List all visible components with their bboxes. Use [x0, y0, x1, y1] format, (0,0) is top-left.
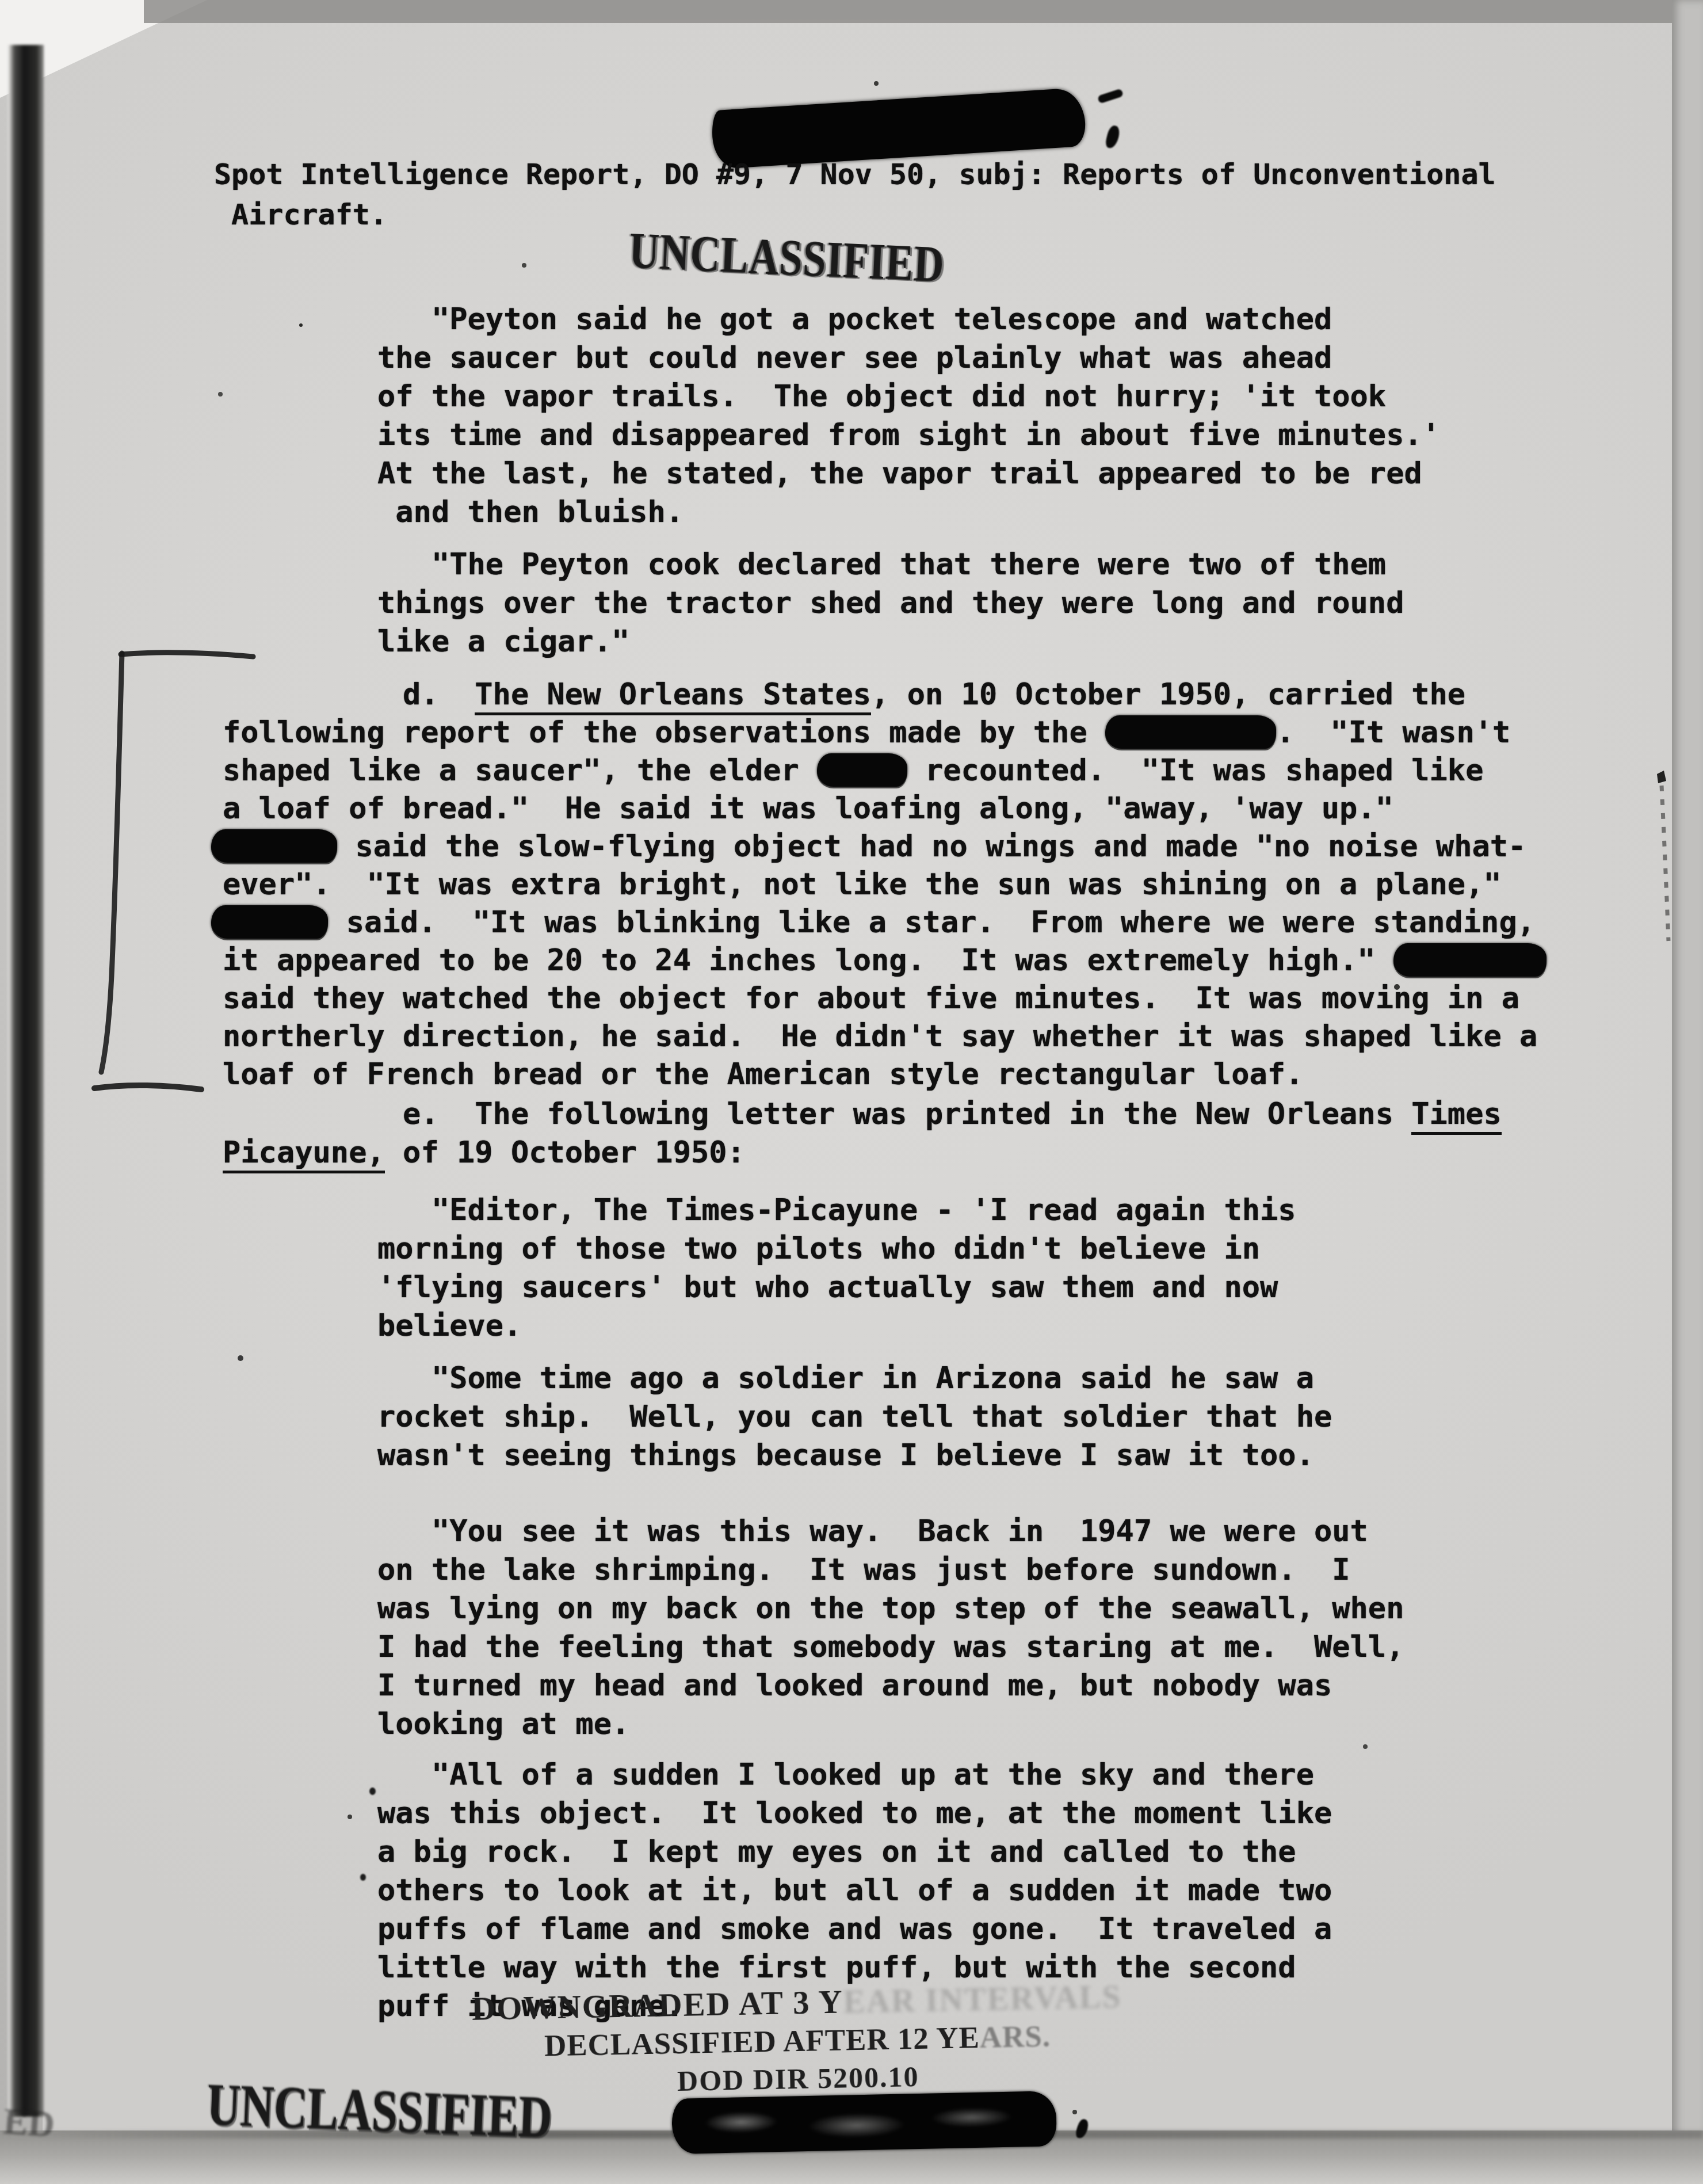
- typed-line: the saucer but could never see plainly w…: [377, 339, 1440, 378]
- typed-line: puffs of flame and smoke and was gone. I…: [377, 1910, 1332, 1949]
- typed-line: of the vapor trails. The object did not …: [377, 378, 1440, 416]
- stray-ink-dot: [360, 1874, 366, 1881]
- typed-line: "You see it was this way. Back in 1947 w…: [377, 1512, 1404, 1551]
- typed-line: At the last, he stated, the vapor trail …: [377, 455, 1440, 493]
- header-line-2: Aircraft.: [214, 195, 1496, 235]
- text-segment: "All of a sudden I looked up at the sky …: [377, 1758, 1314, 1792]
- typed-line: d. The New Orleans States, on 10 October…: [223, 676, 1547, 714]
- typed-line: a loaf of bread." He said it was loafing…: [223, 790, 1547, 828]
- text-segment: recounted. "It was shaped like: [907, 753, 1484, 788]
- text-segment: At the last, he stated, the vapor trail …: [377, 456, 1422, 491]
- text-segment: and then bluish.: [377, 495, 684, 529]
- typed-line: its time and disappeared from sight in a…: [377, 416, 1440, 455]
- text-segment: of the vapor trails. The object did not …: [377, 379, 1386, 414]
- text-segment: 'flying saucers' but who actually saw th…: [377, 1270, 1278, 1305]
- ghost-stamp-mark: ED: [2, 2100, 56, 2146]
- typed-line: ever". "It was extra bright, not like th…: [223, 866, 1547, 904]
- text-segment: wasn't seeing things because I believe I…: [377, 1438, 1314, 1473]
- text-segment: on the lake shrimping. It was just befor…: [377, 1553, 1350, 1587]
- header-line-1: Spot Intelligence Report, DO #9, 7 Nov 5…: [214, 154, 1496, 195]
- text-segment: following report of the observations mad…: [223, 715, 1105, 750]
- typed-line: shaped like a saucer", the elder recount…: [223, 752, 1547, 790]
- typed-line: "The Peyton cook declared that there wer…: [377, 546, 1404, 584]
- downgraded-stamp: DOWNGRADED AT 3 YEAR INTERVALS DECLASSIF…: [463, 1978, 1132, 2102]
- typed-paragraph-letter-editor: "Editor, The Times-Picayune - 'I read ag…: [377, 1191, 1296, 1346]
- scanned-document-page: Spot Intelligence Report, DO #9, 7 Nov 5…: [0, 0, 1703, 2184]
- text-segment: ever". "It was extra bright, not like th…: [223, 867, 1502, 902]
- typed-line: "Peyton said he got a pocket telescope a…: [377, 300, 1440, 339]
- text-segment: puffs of flame and smoke and was gone. I…: [377, 1912, 1332, 1946]
- typed-line: said the slow-flying object had no wings…: [223, 828, 1547, 866]
- typed-line: believe.: [377, 1307, 1296, 1346]
- typed-line: following report of the observations mad…: [223, 714, 1547, 752]
- typed-line: little way with the first puff, but with…: [377, 1949, 1332, 1987]
- typed-line: northerly direction, he said. He didn't …: [223, 1017, 1547, 1055]
- typed-line: things over the tractor shed and they we…: [377, 584, 1404, 623]
- typed-paragraph-letter-seawall: "You see it was this way. Back in 1947 w…: [377, 1512, 1404, 1744]
- dust-specks: [299, 323, 303, 327]
- underlined-text: Picayune,: [223, 1135, 385, 1173]
- text-segment: things over the tractor shed and they we…: [377, 586, 1404, 620]
- typed-line: said they watched the object for about f…: [223, 979, 1547, 1017]
- scan-edge-top: [144, 0, 1703, 23]
- text-segment: "Peyton said he got a pocket telescope a…: [377, 302, 1332, 337]
- text-segment: "The Peyton cook declared that there wer…: [377, 547, 1386, 582]
- scan-edge-left: [8, 45, 44, 2117]
- text-segment: was lying on my back on the top step of …: [377, 1591, 1404, 1626]
- text-segment: I turned my head and looked around me, b…: [377, 1668, 1332, 1703]
- typed-line: a big rock. I kept my eyes on it and cal…: [377, 1833, 1332, 1872]
- text-segment: the saucer but could never see plainly w…: [377, 341, 1332, 375]
- text-segment: little way with the first puff, but with…: [377, 1950, 1296, 1985]
- typed-line: wasn't seeing things because I believe I…: [377, 1436, 1332, 1475]
- declassified-text-faded: ARS.: [979, 2020, 1051, 2055]
- margin-bracket: [86, 630, 282, 1108]
- text-segment: morning of those two pilots who didn't b…: [377, 1232, 1260, 1266]
- typed-paragraph-section-e: e. The following letter was printed in t…: [223, 1095, 1502, 1172]
- text-segment: a loaf of bread." He said it was loafing…: [223, 791, 1393, 826]
- text-segment: said the slow-flying object had no wings…: [337, 829, 1526, 864]
- typed-line: on the lake shrimping. It was just befor…: [377, 1551, 1404, 1590]
- typed-line: morning of those two pilots who didn't b…: [377, 1230, 1296, 1268]
- typed-paragraph-section-d: d. The New Orleans States, on 10 October…: [223, 676, 1547, 1093]
- edge-tick-marks: [1641, 768, 1675, 952]
- typed-line: Picayune, of 19 October 1950:: [223, 1134, 1502, 1172]
- underlined-text: Times: [1411, 1097, 1502, 1135]
- text-segment: of 19 October 1950:: [385, 1135, 745, 1170]
- text-segment: northerly direction, he said. He didn't …: [223, 1019, 1537, 1054]
- text-segment: others to look at it, but all of a sudde…: [377, 1873, 1332, 1908]
- typed-line: I had the feeling that somebody was star…: [377, 1628, 1404, 1667]
- declassified-text: DECLASSIFIED AFTER 12 YE: [544, 2021, 980, 2063]
- text-segment: believe.: [377, 1309, 521, 1343]
- text-segment: e. The following letter was printed in t…: [223, 1097, 1411, 1131]
- redaction-bar-bottom: [671, 2091, 1057, 2154]
- redaction-blob: [1105, 715, 1276, 749]
- typed-line: rocket ship. Well, you can tell that sol…: [377, 1398, 1332, 1436]
- downgraded-text: DOWNGRADED AT 3 Y: [471, 1984, 843, 2027]
- typed-line: loaf of French bread or the American sty…: [223, 1055, 1547, 1093]
- scan-edge-right: [1672, 0, 1703, 2184]
- typed-line: and then bluish.: [377, 493, 1440, 532]
- text-segment: it appeared to be 20 to 24 inches long. …: [223, 943, 1393, 978]
- typed-paragraph-peyton-telescope: "Peyton said he got a pocket telescope a…: [377, 300, 1440, 532]
- text-segment: "You see it was this way. Back in 1947 w…: [377, 1514, 1368, 1549]
- unclassified-stamp-bottom: UNCLASSIFIED: [205, 2069, 553, 2152]
- typed-line: said. "It was blinking like a star. From…: [223, 904, 1547, 942]
- typed-line: 'flying saucers' but who actually saw th…: [377, 1268, 1296, 1307]
- typed-line: others to look at it, but all of a sudde…: [377, 1872, 1332, 1910]
- typed-line: I turned my head and looked around me, b…: [377, 1667, 1404, 1705]
- text-segment: shaped like a saucer", the elder: [223, 753, 817, 788]
- typed-line: was lying on my back on the top step of …: [377, 1590, 1404, 1628]
- text-segment: like a cigar.": [377, 624, 629, 659]
- text-segment: was this object. It looked to me, at the…: [377, 1796, 1332, 1831]
- redaction-blob: [1393, 943, 1547, 977]
- typed-line: was this object. It looked to me, at the…: [377, 1794, 1332, 1833]
- redaction-blob: [817, 753, 907, 787]
- text-segment: I had the feeling that somebody was star…: [377, 1630, 1404, 1664]
- text-segment: a big rock. I kept my eyes on it and cal…: [377, 1835, 1296, 1869]
- text-segment: loaf of French bread or the American sty…: [223, 1057, 1303, 1092]
- typed-line: "Some time ago a soldier in Arizona said…: [377, 1359, 1332, 1398]
- typed-line: "All of a sudden I looked up at the sky …: [377, 1756, 1332, 1794]
- text-segment: said they watched the object for about f…: [223, 981, 1519, 1016]
- typed-line: it appeared to be 20 to 24 inches long. …: [223, 942, 1547, 979]
- downgraded-text-faded: EAR INTERVALS: [843, 1979, 1122, 2020]
- text-segment: its time and disappeared from sight in a…: [377, 418, 1440, 452]
- text-segment: rocket ship. Well, you can tell that sol…: [377, 1400, 1332, 1434]
- text-segment: said. "It was blinking like a star. From…: [328, 905, 1535, 940]
- text-segment: looking at me.: [377, 1707, 629, 1741]
- text-segment: "Editor, The Times-Picayune - 'I read ag…: [377, 1193, 1296, 1228]
- typed-line: "Editor, The Times-Picayune - 'I read ag…: [377, 1191, 1296, 1230]
- report-subject-header: Spot Intelligence Report, DO #9, 7 Nov 5…: [214, 154, 1496, 235]
- text-segment: . "It wasn't: [1276, 715, 1510, 750]
- text-segment: , on 10 October 1950, carried the: [871, 677, 1465, 712]
- typed-line: looking at me.: [377, 1705, 1404, 1744]
- underlined-text: The New Orleans States: [475, 677, 871, 715]
- text-segment: "Some time ago a soldier in Arizona said…: [377, 1361, 1314, 1396]
- stray-ink-dot: [369, 1787, 376, 1795]
- typed-paragraph-letter-soldier: "Some time ago a soldier in Arizona said…: [377, 1359, 1332, 1475]
- typed-line: e. The following letter was printed in t…: [223, 1095, 1502, 1134]
- typed-line: like a cigar.": [377, 623, 1404, 661]
- typed-paragraph-peyton-cook: "The Peyton cook declared that there wer…: [377, 546, 1404, 661]
